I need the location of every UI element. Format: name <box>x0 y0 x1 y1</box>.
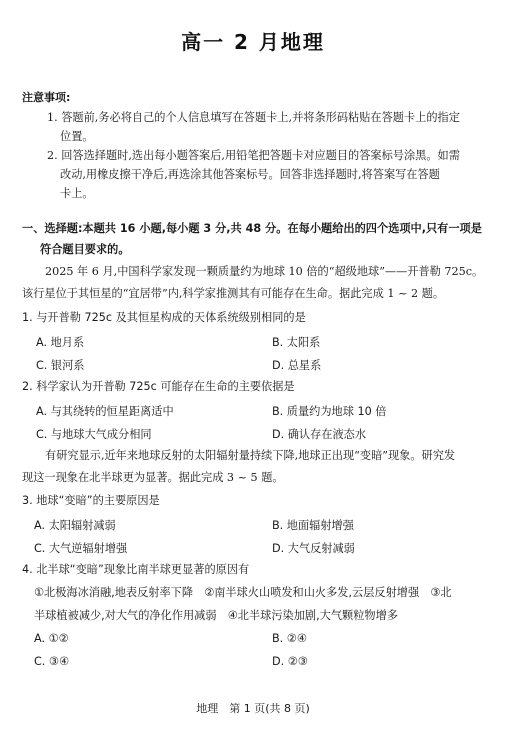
notice-item-1-line2: 位置。 <box>60 130 94 144</box>
passage-2-line2: 现这一现象在北半球更为显著。据此完成 3 ~ 5 题。 <box>22 471 284 485</box>
question-3-stem: 3. 地球“变暗”的主要原因是 <box>22 494 160 508</box>
question-2-option-c: C. 与地球大气成分相同 <box>36 426 152 442</box>
question-2-option-b: B. 质量约为地球 10 倍 <box>272 403 386 419</box>
notice-item-2-line1: 2. 回答选择题时,选出每小题答案后,用铅笔把答题卡对应题目的答案标号涂黑。如需 <box>47 149 460 163</box>
notice-item-2-line2: 改动,用橡皮擦干净后,再选涂其他答案标号。回答非选择题时,将答案写在答题 <box>60 168 440 182</box>
question-4-option-c: C. ③④ <box>34 655 69 668</box>
question-4-option-a: A. ①② <box>34 632 69 645</box>
notice-heading: 注意事项: <box>22 91 70 105</box>
question-2-option-d: D. 确认存在液态水 <box>272 426 366 442</box>
question-4-option-d: D. ②③ <box>272 655 308 668</box>
question-4-option-b: B. ②④ <box>272 632 307 645</box>
notice-item-1-line1: 1. 答题前,务必将自己的个人信息填写在答题卡上,并将条形码粘贴在答题卡上的指定 <box>47 111 460 125</box>
question-2-option-a: A. 与其绕转的恒星距离适中 <box>36 403 174 419</box>
page-footer: 地理 第 1 页(共 8 页) <box>0 700 506 716</box>
exam-page: 高一 2 月地理 注意事项: 1. 答题前,务必将自己的个人信息填写在答题卡上,… <box>0 0 506 730</box>
notice-item-2-line3: 卡上。 <box>60 187 94 201</box>
question-1-option-d: D. 总星系 <box>272 357 321 373</box>
section-heading-cont: 符合题目要求的。 <box>40 243 130 257</box>
question-1-option-b: B. 太阳系 <box>272 334 320 350</box>
question-4-statements-line2: 半球植被减少,对大气的净化作用减弱 ④北半球污染加剧,大气颗粒物增多 <box>34 609 398 623</box>
section-heading: 一、选择题:本题共 16 小题,每小题 3 分,共 48 分。在每小题给出的四个… <box>22 222 482 236</box>
passage-1-line2: 该行星位于其恒星的“宜居带”内,科学家推测其有可能存在生命。据此完成 1 ~ 2… <box>22 287 444 301</box>
question-3-option-d: D. 大气反射减弱 <box>272 540 355 556</box>
question-4-statements-line1: ①北极海冰消融,地表反射率下降 ②南半球火山喷发和山火多发,云层反射增强 ③北 <box>34 586 452 600</box>
question-1-option-c: C. 银河系 <box>36 357 85 373</box>
question-3-option-c: C. 大气逆辐射增强 <box>34 540 127 556</box>
page-title: 高一 2 月地理 <box>0 26 506 55</box>
question-1-option-a: A. 地月系 <box>36 334 84 350</box>
question-1-stem: 1. 与开普勒 725c 及其恒星构成的天体系统级别相同的是 <box>22 311 306 325</box>
question-2-stem: 2. 科学家认为开普勒 725c 可能存在生命的主要依据是 <box>22 380 295 394</box>
passage-1-line1: 2025 年 6 月,中国科学家发现一颗质量约为地球 10 倍的“超级地球”——… <box>45 265 483 279</box>
question-4-stem: 4. 北半球“变暗”现象比南半球更显著的原因有 <box>22 563 249 577</box>
passage-2-line1: 有研究显示,近年来地球反射的太阳辐射量持续下降,地球正出现“变暗”现象。研究发 <box>45 449 455 463</box>
question-3-option-b: B. 地面辐射增强 <box>272 517 354 533</box>
question-3-option-a: A. 太阳辐射减弱 <box>34 517 116 533</box>
